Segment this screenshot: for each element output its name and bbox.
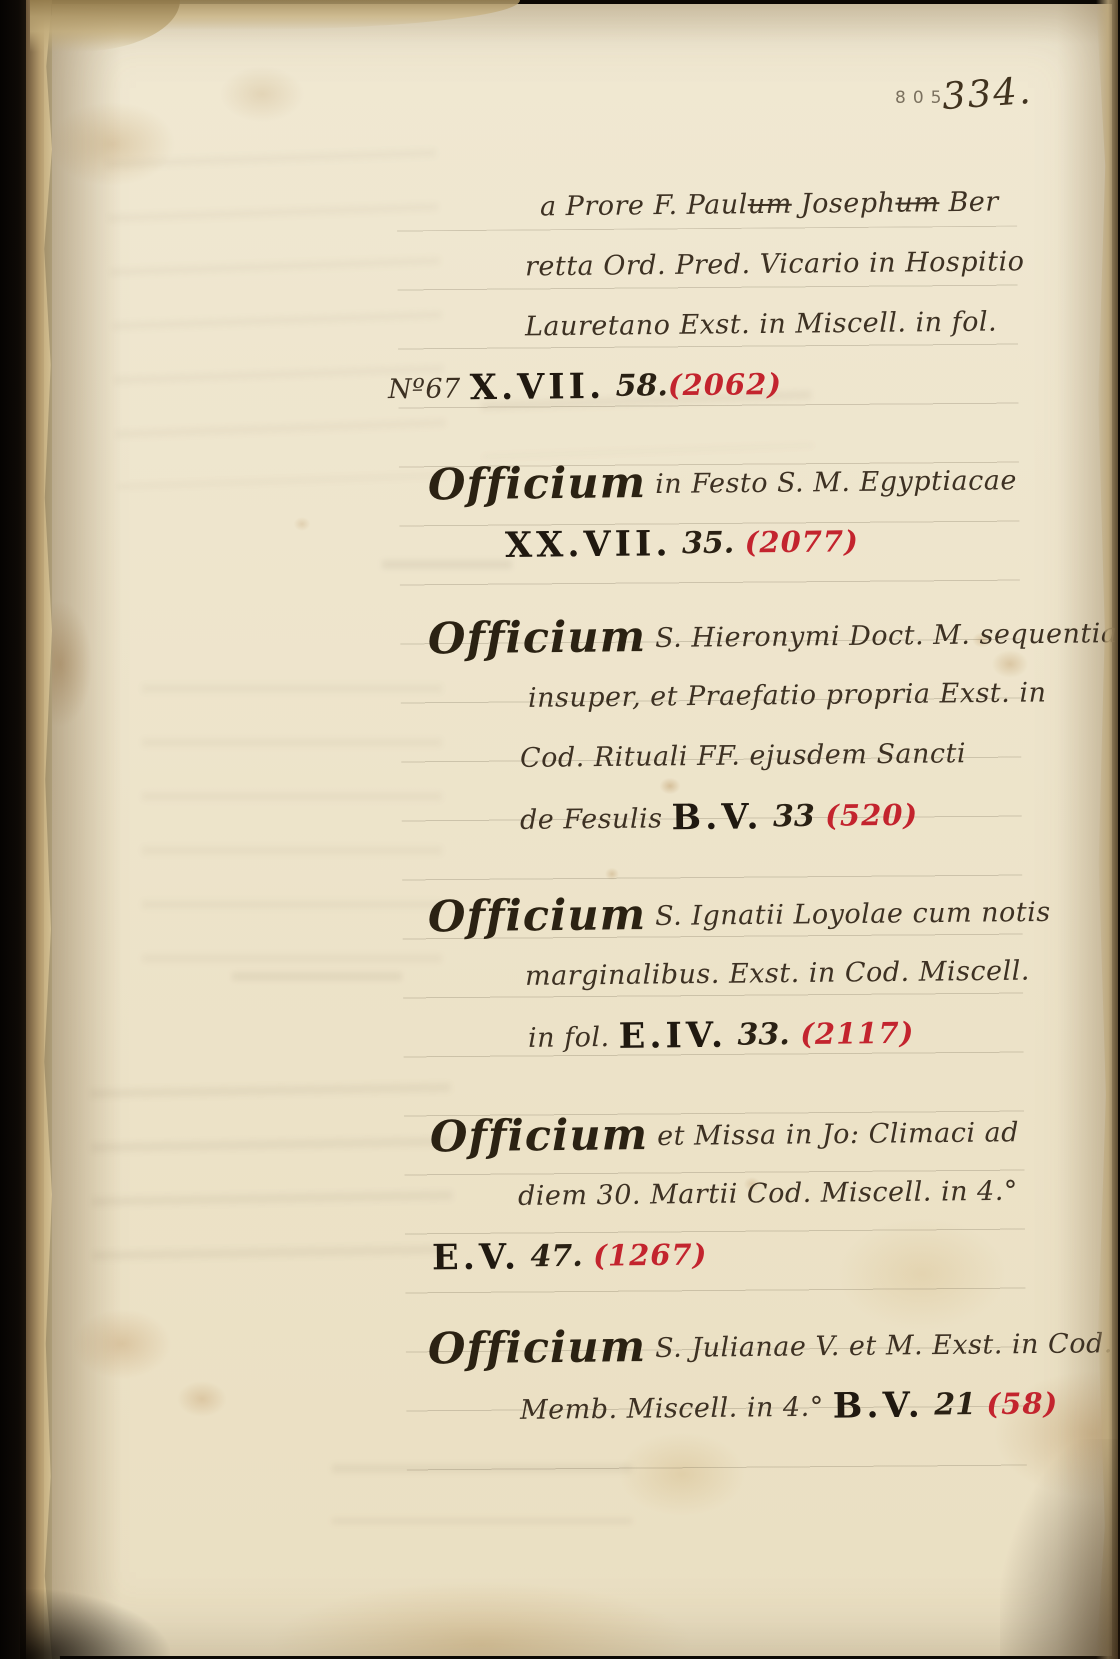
manuscript-line: marginalibus. Exst. in Cod. Miscell. xyxy=(525,941,1069,1007)
accession-number: (2077) xyxy=(745,524,860,559)
officium-keyword: Officium xyxy=(428,1322,647,1374)
handwritten-text: Lauretano Exst. in Miscell. in fol. xyxy=(525,306,997,342)
manuscript-line: insuper, et Praefatio propria Exst. in xyxy=(528,663,1069,729)
handwritten-text: S. Hieronymi Doct. M. sequentia xyxy=(646,618,1118,654)
manuscript-line: Memb. Miscell. in 4.° B.V. 21 (58) xyxy=(520,1373,1069,1439)
shelfmark: B.V. xyxy=(671,796,762,838)
handwritten-text: S. Ignatii Loyolae cum notis xyxy=(646,897,1051,932)
handwritten-text: Nº67 xyxy=(388,373,470,405)
struck-text: um xyxy=(748,189,792,220)
shelf-number: 47. xyxy=(520,1239,593,1275)
handwritten-text: a Prore F. Paul xyxy=(540,189,748,222)
manuscript-line: Nº67 X.VII. 58.(2062) xyxy=(388,350,1120,418)
manuscript-line: XX.VII. 35. (2077) xyxy=(505,509,1069,575)
shelfmark: X.VII. xyxy=(470,366,606,408)
shelf-number: 21 xyxy=(924,1387,987,1423)
handwritten-text: Joseph xyxy=(792,188,896,220)
shelf-number: 33. xyxy=(727,1017,800,1053)
entry-officium-julianae: Officium S. Julianae V. et M. Exst. in C… xyxy=(428,1316,1068,1436)
handwritten-text: de Fesulis xyxy=(520,803,672,836)
manuscript-line: Lauretano Exst. in Miscell. in fol. xyxy=(525,291,1120,358)
manuscript-line: Officium S. Hieronymi Doct. M. sequentia xyxy=(428,603,1069,670)
accession-number: (2062) xyxy=(668,367,783,402)
manuscript-line: retta Ord. Pred. Vicario in Hospitio xyxy=(525,231,1120,298)
manuscript-line: E.V. 47. (1267) xyxy=(432,1221,1071,1288)
manuscript-line: Officium et Missa in Jo: Climaci ad xyxy=(430,1101,1071,1168)
officium-keyword: Officium xyxy=(430,1110,649,1162)
entry-berretta-continuation: a Prore F. Paulum Josephum Berretta Ord.… xyxy=(540,174,1120,414)
manuscript-scan: 805 334. a Prore F. Paulum Josephum Berr… xyxy=(0,0,1120,1659)
shadow-bottom-right xyxy=(1000,1439,1120,1659)
handwritten-text: in Festo S. M. Egyptiacae xyxy=(646,465,1017,500)
handwritten-text: S. Julianae V. et M. Exst. in Cod. xyxy=(646,1328,1113,1364)
handwritten-text: et Missa in Jo: Climaci ad xyxy=(648,1117,1019,1152)
entry-officium-ignatii: Officium S. Ignatii Loyolae cum notismar… xyxy=(428,884,1068,1064)
officium-keyword: Officium xyxy=(428,612,647,664)
shelf-number: 33 xyxy=(762,799,825,835)
accession-number: (58) xyxy=(986,1386,1058,1421)
handwritten-text: Memb. Miscell. in 4.° xyxy=(520,1392,833,1426)
manuscript-line: de Fesulis B.V. 33 (520) xyxy=(520,783,1069,849)
handwritten-text: marginalibus. Exst. in Cod. Miscell. xyxy=(525,956,1030,992)
text-block: a Prore F. Paulum Josephum Berretta Ord.… xyxy=(52,4,1112,1656)
handwritten-text: retta Ord. Pred. Vicario in Hospitio xyxy=(525,246,1025,282)
manuscript-line: Officium in Festo S. M. Egyptiacae xyxy=(428,449,1069,516)
handwritten-text: Ber xyxy=(939,187,999,219)
entry-officium-egyptiacae: Officium in Festo S. M. EgyptiacaeXX.VII… xyxy=(428,452,1068,572)
accession-number: (1267) xyxy=(593,1237,708,1272)
accession-number: (520) xyxy=(825,798,918,833)
manuscript-page: 805 334. a Prore F. Paulum Josephum Berr… xyxy=(52,4,1112,1656)
officium-keyword: Officium xyxy=(428,890,647,942)
handwritten-text: Cod. Rituali FF. ejusdem Sancti xyxy=(520,738,966,774)
struck-text: um xyxy=(895,187,939,218)
shadow-bottom-left xyxy=(20,1589,170,1659)
officium-keyword: Officium xyxy=(428,458,647,510)
shelf-number: 35. xyxy=(671,525,744,561)
shelfmark: E.V. xyxy=(432,1236,521,1278)
shelfmark: B.V. xyxy=(833,1385,924,1427)
shelfmark: XX.VII. xyxy=(505,523,672,566)
entry-officium-hieronymi: Officium S. Hieronymi Doct. M. sequentia… xyxy=(428,606,1068,846)
manuscript-line: a Prore F. Paulum Josephum Ber xyxy=(540,171,1120,238)
manuscript-line: Officium S. Ignatii Loyolae cum notis xyxy=(428,881,1069,948)
manuscript-line: Officium S. Julianae V. et M. Exst. in C… xyxy=(428,1313,1069,1380)
handwritten-text: in fol. xyxy=(528,1022,619,1054)
entry-officium-climaci: Officium et Missa in Jo: Climaci addiem … xyxy=(430,1104,1070,1284)
manuscript-line: Cod. Rituali FF. ejusdem Sancti xyxy=(520,723,1069,789)
accession-number: (2117) xyxy=(800,1016,915,1051)
shelfmark: E.IV. xyxy=(618,1015,727,1057)
handwritten-text: diem 30. Martii Cod. Miscell. in 4.° xyxy=(518,1176,1018,1212)
handwritten-text: insuper, et Praefatio propria Exst. in xyxy=(528,677,1047,713)
manuscript-line: diem 30. Martii Cod. Miscell. in 4.° xyxy=(518,1161,1071,1227)
manuscript-line: in fol. E.IV. 33. (2117) xyxy=(528,1001,1069,1067)
shelf-number: 58. xyxy=(605,368,668,404)
